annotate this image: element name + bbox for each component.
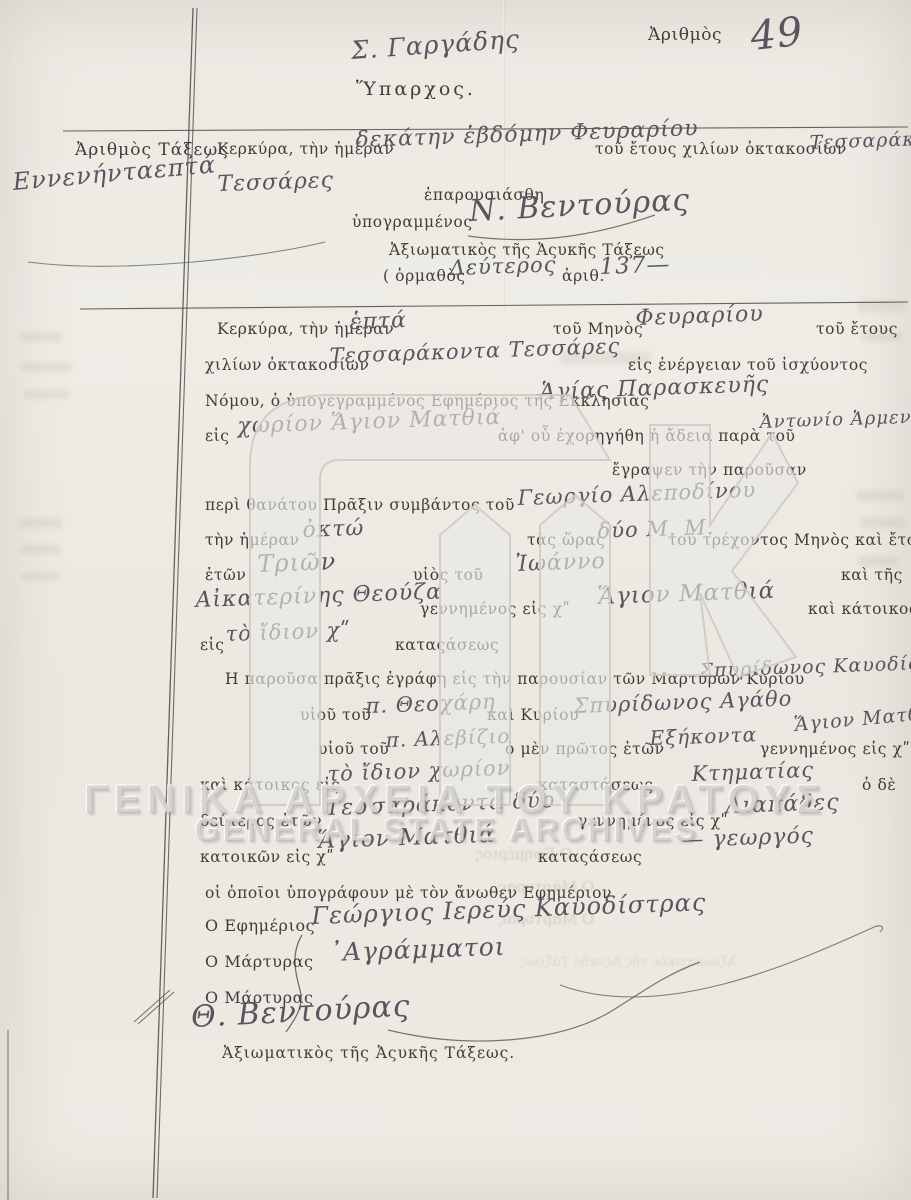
body-l7-print-c: τοῦ τρέχοντος Μηνὸς καὶ ἔτους [668, 531, 911, 549]
body-l4-print-a: εἰς [205, 427, 230, 445]
body-father-name-hand: Ἰωάννο [515, 549, 606, 577]
document-page: Ο Εφημέριος Ο Μάρτυρας Ο Μάρτυρας Ἀξιωμα… [0, 0, 911, 1200]
body-l8-print-a: ἐτῶν [205, 566, 246, 584]
body-l8-print-c: καὶ τῆς [841, 566, 903, 584]
body-l12-print-a: υἱοῦ τοῦ [300, 706, 371, 724]
body-l5-print: ἔγραψεν τὴν παροῦσαν [612, 461, 807, 479]
margin-underline-flourish [28, 242, 325, 266]
header-year-hand-a: Τεσσαράκοντα [809, 127, 911, 154]
body-l1-print-c: τοῦ ἔτους [816, 320, 898, 338]
body-l9-print-a: γεννημένος εἰς χʺ [420, 600, 570, 618]
body-l15-print-a: δεύτερος ἐτῶν [200, 812, 322, 830]
body-l13-print-c: γεννημένος εἰς χʺ [760, 740, 910, 758]
body-l10-print-a: εἰς [200, 636, 225, 654]
body-l14-print-b: καταστάσεως [538, 776, 653, 794]
body-witness2-occupation-hand: — γεωργός [681, 823, 814, 853]
clerk-title: Ὕπαρχος. [356, 78, 476, 100]
body-l7-print-b: τὰς ὥρας [527, 531, 605, 549]
body-residence-hand: τὸ ἴδιον χʺ [225, 618, 351, 646]
body-month-hand: Φευραρίου [635, 302, 764, 331]
body-witness1-age-hand: Εξήκοντα [649, 722, 757, 750]
body-age-hand: Τριῶν [257, 547, 337, 578]
body-witness1-father-hand: π. Θεοχάρη [365, 689, 496, 718]
body-witness2-birthplace-hand: Λιαπάδες [725, 790, 840, 819]
body-l13-print-b: ὁ μὲν πρῶτος ἐτῶν [505, 740, 665, 758]
body-l12-print-b: καὶ Κυρίου [487, 706, 579, 724]
body-day-hand: ἑπτά [349, 308, 407, 335]
body-l6-print: περὶ θανάτου Πρᾶξιν συμβάντος τοῦ [205, 496, 515, 514]
officer-signature-swash [560, 926, 882, 997]
header-bundle-hand: Δεύτερος [449, 252, 557, 280]
body-witness1-occupation-hand: Κτηματίας [691, 758, 814, 786]
officer-title-bottom: Ἀξιωματικὸς τῆς Ἀςυκῆς Τάξεως. [222, 1044, 515, 1062]
officer-signature-flourish [388, 962, 700, 1041]
witness-illiterate-note: ᾿Αγράμματοι [329, 932, 506, 967]
record-number-value: 49 [748, 9, 805, 60]
record-number-label: Ἀριθμὸς [648, 25, 722, 45]
header-bundle-number-hand: 137— [599, 252, 671, 280]
body-l16-print-b: καταςάσεως [538, 848, 642, 866]
header-undersigned-label: ὑπογραμμένος [352, 213, 473, 231]
header-year-hand-b: Τεσσάρες [217, 168, 334, 197]
witness-label-1: Ο Μάρτυρας [205, 952, 314, 971]
header-bundle-print-b: ἀριθ. [562, 267, 605, 285]
priest-label: Ο Εφημέριος [205, 916, 315, 935]
body-l10-print-b: καταςάσεως [395, 636, 499, 654]
body-l14-print-c: ὁ δὲ [862, 776, 896, 794]
body-l2-print-b: εἰς ἐνέργειαν τοῦ ἰσχύοντος [628, 356, 868, 374]
body-death-day-hand: ὀκτώ [302, 516, 365, 543]
body-l14-print-a: καὶ κάτοικος εἰς [200, 776, 340, 794]
body-l4-print-b: ἀφ' οὗ ἐχορηγήθη ἡ ἄδεια παρὰ τοῦ [498, 427, 796, 445]
body-l9-print-b: καὶ κάτοικος [808, 600, 911, 618]
body-l13-print-a: υἱοῦ τοῦ [318, 740, 389, 758]
body-witness2-father-hand: π. Αλεβίζιο [385, 724, 511, 752]
body-l7-print-a: τὴν ἡμέραν [205, 531, 300, 549]
body-l16-print-a: κατοικῶν εἰς χʺ [200, 848, 334, 866]
margin-check-mark [134, 990, 174, 1024]
